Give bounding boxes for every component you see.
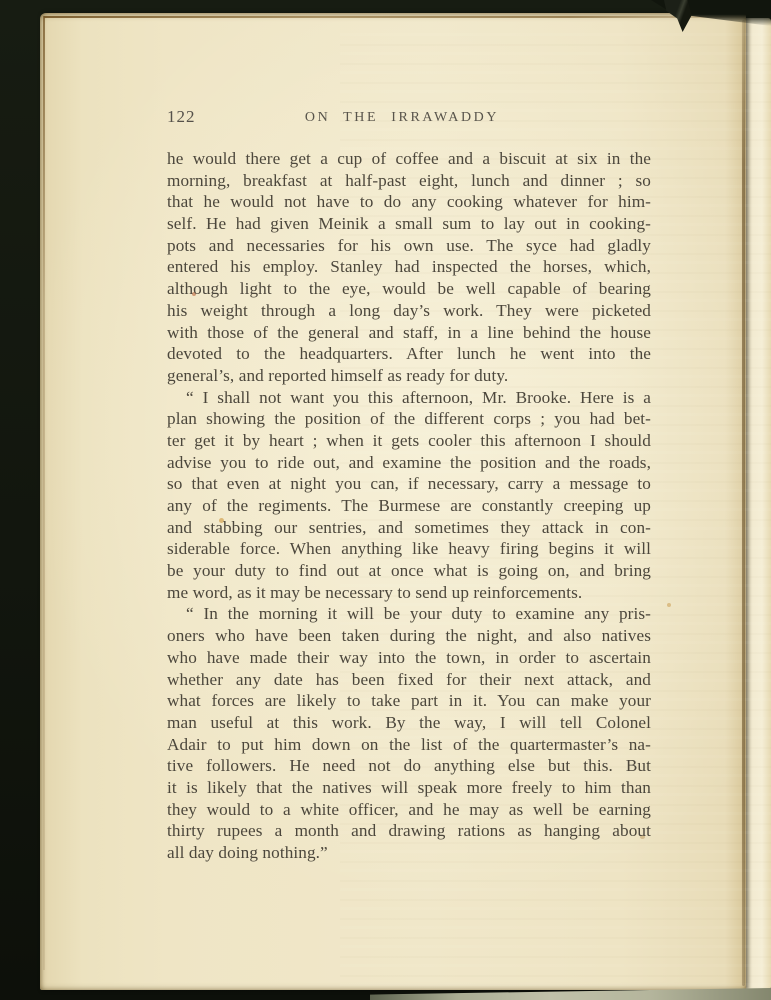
running-title: ON THE IRRAWADDY — [167, 107, 637, 129]
paragraph: “ I shall not want you this afternoon, M… — [167, 387, 651, 604]
page-crease — [742, 20, 745, 986]
text-line: he would there get a cup of coffee and a… — [167, 148, 651, 170]
text-line: any of the regiments. The Burmese are co… — [167, 495, 651, 517]
text-line: oners who have been taken during the nig… — [167, 625, 651, 647]
text-line: what forces are likely to take part in i… — [167, 690, 651, 712]
scanned-book-photo: 122 ON THE IRRAWADDY he would there get … — [0, 0, 771, 1000]
text-line: man useful at this work. By the way, I w… — [167, 712, 651, 734]
text-line: although light to the eye, would be well… — [167, 278, 651, 300]
text-line: morning, breakfast at half-past eight, l… — [167, 170, 651, 192]
text-line: his weight through a long day’s work. Th… — [167, 300, 651, 322]
text-line: “ In the morning it will be your duty to… — [167, 603, 651, 625]
text-line: so that even at night you can, if necess… — [167, 473, 651, 495]
text-line: and stabbing our sentries, and sometimes… — [167, 517, 651, 539]
text-line: with those of the general and staff, in … — [167, 322, 651, 344]
text-line: pots and necessaries for his own use. Th… — [167, 235, 651, 257]
text-line: plan showing the position of the differe… — [167, 408, 651, 430]
foxing-speck — [667, 603, 671, 607]
text-line: be your duty to find out at once what is… — [167, 560, 651, 582]
text-line: entered his employ. Stanley had inspecte… — [167, 256, 651, 278]
text-line: advise you to ride out, and examine the … — [167, 452, 651, 474]
text-line: who have made their way into the town, i… — [167, 647, 651, 669]
text-line: “ I shall not want you this afternoon, M… — [167, 387, 651, 409]
text-line: tive followers. He need not do anything … — [167, 755, 651, 777]
text-line: me word, as it may be necessary to send … — [167, 582, 651, 604]
text-line: devoted to the headquarters. After lunch… — [167, 343, 651, 365]
text-line: that he would not have to do any cooking… — [167, 191, 651, 213]
text-line: whether any date has been fixed for thei… — [167, 669, 651, 691]
text-line: they would to a white officer, and he ma… — [167, 799, 651, 821]
body-text: he would there get a cup of coffee and a… — [167, 148, 651, 864]
text-line: general’s, and reported himself as ready… — [167, 365, 651, 387]
text-line: Adair to put him down on the list of the… — [167, 734, 651, 756]
text-line: self. He had given Meinik a small sum to… — [167, 213, 651, 235]
text-line: it is likely that the natives will speak… — [167, 777, 651, 799]
paragraph: “ In the morning it will be your duty to… — [167, 603, 651, 863]
running-header: 122 ON THE IRRAWADDY — [167, 106, 651, 128]
text-line: thirty rupees a month and drawing ration… — [167, 820, 651, 842]
page-text-block: 122 ON THE IRRAWADDY he would there get … — [167, 106, 651, 864]
text-line: siderable force. When anything like heav… — [167, 538, 651, 560]
text-line: ter get it by heart ; when it gets coole… — [167, 430, 651, 452]
paragraph: he would there get a cup of coffee and a… — [167, 148, 651, 387]
text-line: all day doing nothing.” — [167, 842, 651, 864]
